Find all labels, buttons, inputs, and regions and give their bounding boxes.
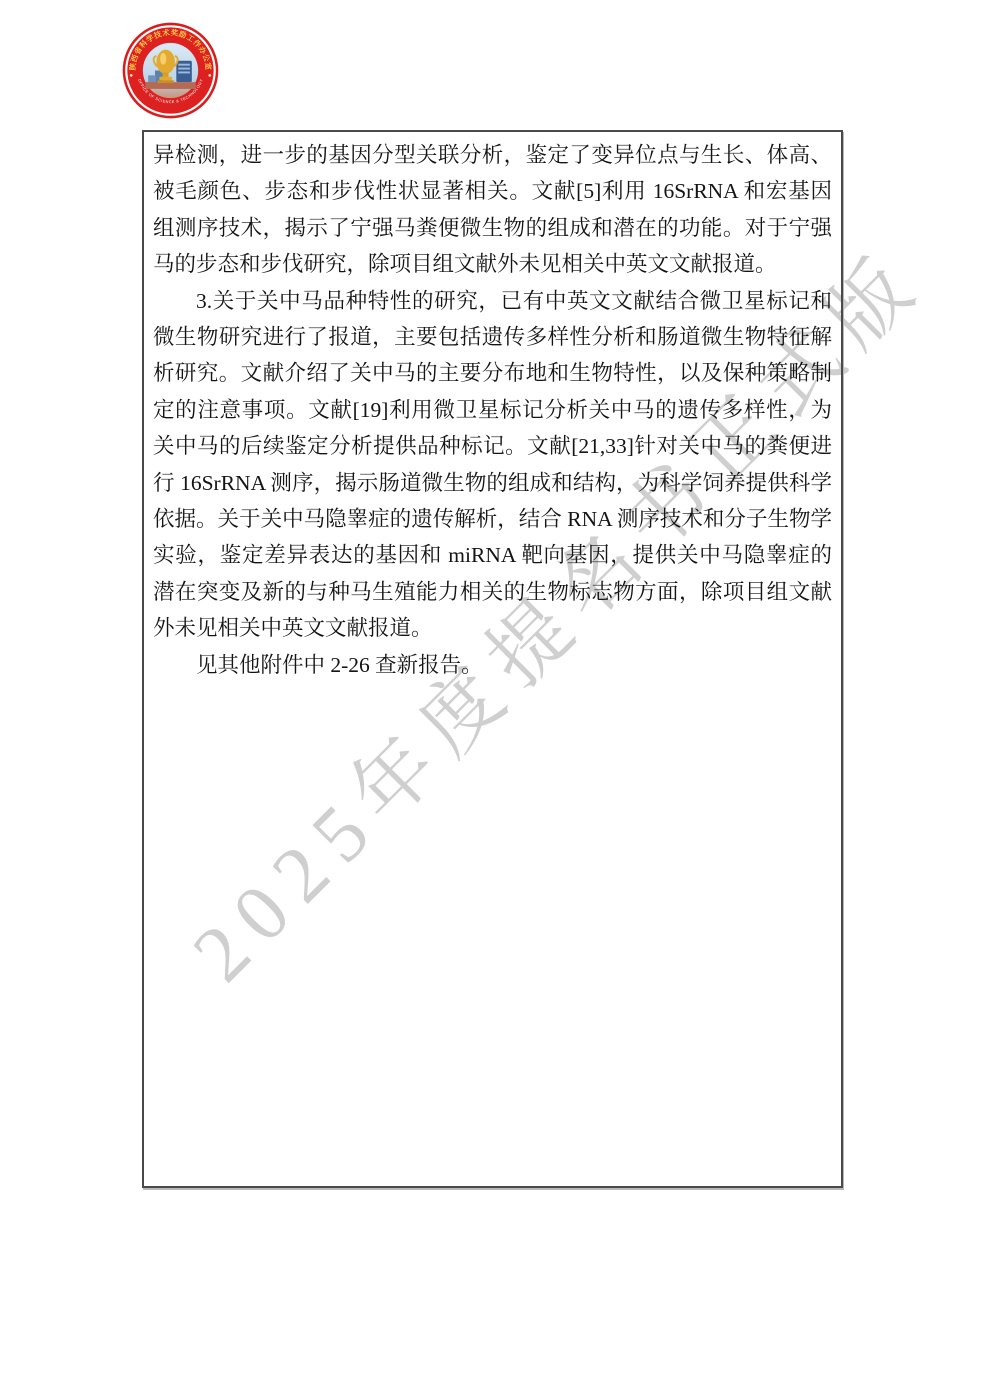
paragraph-guanzhong-horse-research: 3.关于关中马品种特性的研究，已有中英文文献结合微卫星标记和微生物研究进行了报道… — [153, 283, 832, 647]
band-dot-right — [208, 74, 211, 77]
document-page: 陕西省科学技术奖励工作办公室 OFFICE OF SCIENCE & TECHN… — [0, 0, 990, 1399]
content-cell: 异检测，进一步的基因分型关联分析，鉴定了变异位点与生长、体高、被毛颜色、步态和步… — [142, 130, 843, 1188]
paragraph-attachment-reference: 见其他附件中 2-26 查新报告。 — [153, 647, 832, 683]
paragraph-variant-detection: 异检测，进一步的基因分型关联分析，鉴定了变异位点与生长、体高、被毛颜色、步态和步… — [153, 137, 832, 283]
band-dot-left — [130, 74, 133, 77]
award-office-seal-icon: 陕西省科学技术奖励工作办公室 OFFICE OF SCIENCE & TECHN… — [122, 22, 219, 119]
